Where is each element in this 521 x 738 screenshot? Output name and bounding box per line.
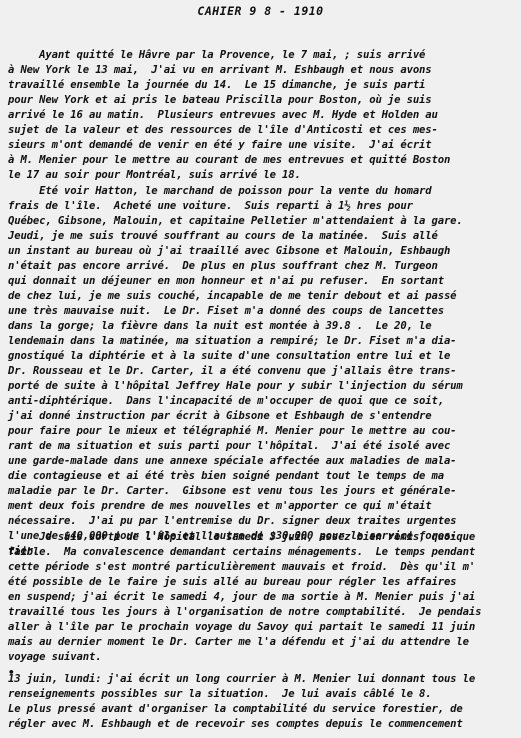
text-line: Dr. Rousseau et le Dr. Carter, il a été …: [8, 364, 518, 379]
text-line: Le plus pressé avant d'organiser la comp…: [8, 702, 518, 717]
text-line: un instant au bureau où j'ai traaillé av…: [8, 244, 518, 259]
text-line: une très mauvaise nuit. Le Dr. Fiset m'a…: [8, 304, 518, 319]
text-line: de chez lui, je me suis couché, incapabl…: [8, 289, 518, 304]
text-line: Eté voir Hatton, le marchand de poisson …: [8, 184, 518, 199]
text-line: qui donnait un déjeuner en mon honneur e…: [8, 274, 518, 289]
text-line: le 17 au soir pour Montréal, suis arrivé…: [8, 168, 518, 183]
text-line: pour New York et ai pris le bateau Prisc…: [8, 93, 518, 108]
text-line: porté de suite à l'hôpital Jeffrey Hale …: [8, 379, 518, 394]
text-line: maladie par le Dr. Carter. Gibsone est v…: [8, 484, 518, 499]
text-line: rant de ma situation et suis parti pour …: [8, 439, 518, 454]
text-line: j'ai donné instruction par écrit à Gibso…: [8, 409, 518, 424]
paragraph-arrival-new-york: Ayant quitté le Hâvre par la Provence, l…: [8, 48, 518, 183]
text-line: sieurs m'ont demandé de venir en été y f…: [8, 138, 518, 153]
text-line: dans la gorge; la fièvre dans la nuit es…: [8, 319, 518, 334]
text-line: travaillé ensemble la journée du 14. Le …: [8, 78, 518, 93]
text-line: anti-diphtérique. Dans l'incapacité de m…: [8, 394, 518, 409]
paragraph-june-13-entry: 13 juin, lundi: j'ai écrit un long courr…: [8, 672, 518, 732]
text-line: frais de l'île. Acheté une voiture. Suis…: [8, 199, 518, 214]
text-line: Ayant quitté le Hâvre par la Provence, l…: [8, 48, 518, 63]
text-line: 13 juin, lundi: j'ai écrit un long courr…: [8, 672, 518, 687]
paragraph-illness-diphtheria: Eté voir Hatton, le marchand de poisson …: [8, 184, 518, 559]
text-line: voyage suivant.: [8, 650, 518, 665]
text-line: arrivé le 16 au matin. Plusieurs entrevu…: [8, 108, 518, 123]
text-line: à New York le 13 mai, J'ai vu en arrivan…: [8, 63, 518, 78]
text-line: en suspend; j'ai écrit le samedi 4, jour…: [8, 590, 518, 605]
text-line: une garde-malade dans une annexe spécial…: [8, 454, 518, 469]
text-line: lendemain dans la matinée, ma situation …: [8, 334, 518, 349]
text-line: mais au dernier moment le Dr. Carter me …: [8, 635, 518, 650]
text-line: renseignements possibles sur la situatio…: [8, 687, 518, 702]
text-line: cette période s'est montré particulièrem…: [8, 560, 518, 575]
text-line: travaillé tous les jours à l'organisatio…: [8, 605, 518, 620]
text-line: n'était pas encore arrivé. De plus en pl…: [8, 259, 518, 274]
text-line: sujet de la valeur et des ressources de …: [8, 123, 518, 138]
page-title: CAHIER 9 8 - 1910: [0, 4, 521, 18]
document-page: CAHIER 9 8 - 1910 Ayant quitté le Hâvre …: [0, 0, 521, 738]
text-line: régler avec M. Eshbaugh et de recevoir s…: [8, 717, 518, 732]
text-line: faible. Ma convalescence demandant certa…: [8, 545, 518, 560]
text-line: Je suis sorti de l'Hôpital le samedi 3 j…: [8, 530, 518, 545]
text-line: nécessaire. J'ai pu par l'entremise du D…: [8, 514, 518, 529]
text-line: gnostiqué la diphtérie et à la suite d'u…: [8, 349, 518, 364]
text-line: pour faire pour le mieux et télégraphié …: [8, 424, 518, 439]
text-line: Québec, Gibsone, Malouin, et capitaine P…: [8, 214, 518, 229]
text-line: à M. Menier pour le mettre au courant de…: [8, 153, 518, 168]
paragraph-hospital-discharge: Je suis sorti de l'Hôpital le samedi 3 j…: [8, 530, 518, 665]
text-line: aller à l'île par le prochain voyage du …: [8, 620, 518, 635]
text-line: été possible de le faire je suis allé au…: [8, 575, 518, 590]
text-line: ment deux fois prendre de mes nouvelles …: [8, 499, 518, 514]
text-line: Jeudi, je me suis trouvé souffrant au co…: [8, 229, 518, 244]
text-line: die contagieuse et ai été très bien soig…: [8, 469, 518, 484]
